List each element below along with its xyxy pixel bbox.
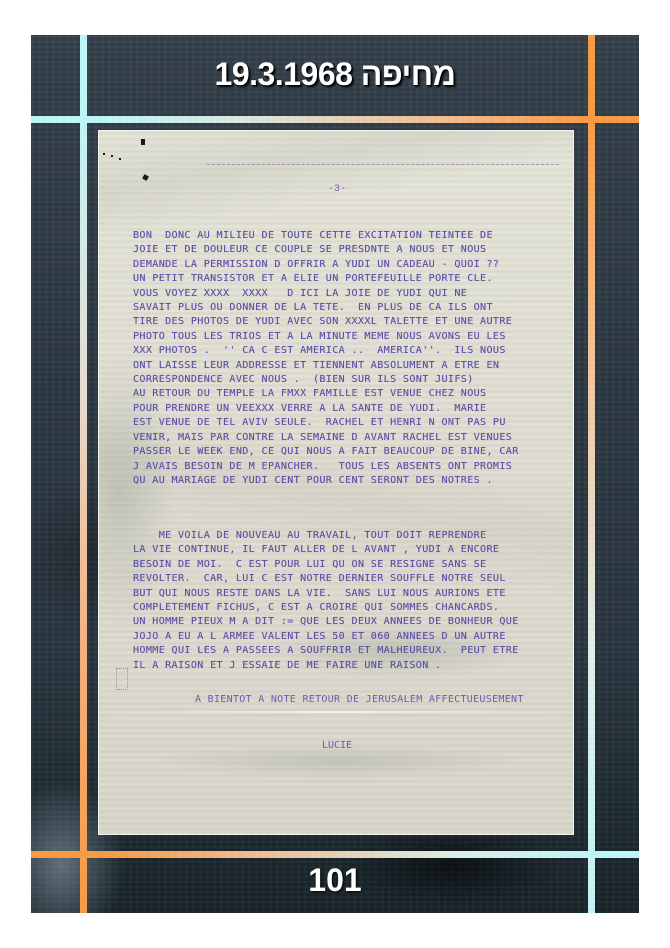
typed-line: ONT LAISSE LEUR ADDRESSE ET TIENNENT ABS… [133,359,573,373]
typed-line: UN HOMME PIEUX M A DIT := QUE LES DEUX A… [133,615,573,629]
typed-line: LA VIE CONTINUE, IL FAUT ALLER DE L AVAN… [133,543,573,557]
frame-line-top [31,116,639,123]
typed-line: VOUS VOYEZ XXXX XXXX D ICI LA JOIE DE YU… [133,287,573,301]
typed-line: REVOLTER. CAR, LUI C EST NOTRE DERNIER S… [133,572,573,586]
typed-line: UN PETIT TRANSISTOR ET A ELIE UN PORTEFE… [133,272,573,286]
typed-line: BUT QUI NOUS RESTE DANS LA VIE. SANS LUI… [133,587,573,601]
typed-line: DEMANDE LA PERMISSION D OFFRIR A YUDI UN… [133,258,573,272]
typed-line: TIRE DES PHOTOS DE YUDI AVEC SON XXXXL T… [133,315,573,329]
typed-line: PHOTO TOUS LES TRIOS ET A LA MINUTE MEME… [133,330,573,344]
dot-mark [111,155,113,157]
frame-line-left [80,35,87,913]
frame-line-right [588,35,595,913]
dot-mark [103,153,105,155]
typed-line: HOMME QUI LES A PASSEES A SOUFFRIR ET MA… [133,644,573,658]
typed-line: J AVAIS BESOIN DE M EPANCHER. TOUS LES A… [133,460,573,474]
scanned-letter: -3- BON DONC AU MILIEU DE TOUTE CETTE EX… [98,130,574,835]
typed-line: AU RETOUR DU TEMPLE LA FMXX FAMILLE EST … [133,387,573,401]
typed-line: ME VOILA DE NOUVEAU AU TRAVAIL, TOUT DOI… [133,529,573,543]
typed-line: XXX PHOTOS . '' CA C EST AMERICA .. AMER… [133,344,573,358]
page-number: 101 [0,862,670,899]
typed-rule-line [207,164,559,166]
page-title: מחיפה 19.3.1968 [0,56,670,93]
letter-closing: A BIENTOT A NOTE RETOUR DE JERUSALEM AFF… [195,694,524,705]
typed-line: QU AU MARIAGE DE YUDI CENT POUR CENT SER… [133,474,573,488]
typed-line: VENIR, MAIS PAR CONTRE LA SEMAINE D AVAN… [133,431,573,445]
paper-fold [99,711,574,713]
typed-line: SAVAIT PLUS OU DONNER DE LA TETE. EN PLU… [133,301,573,315]
typed-line: COMPLETEMENT FICHUS, C EST A CROIRE QUI … [133,601,573,615]
letter-paragraph-2: ME VOILA DE NOUVEAU AU TRAVAIL, TOUT DOI… [133,529,573,673]
typed-line: PASSER LE WEEK END, CE QUI NOUS A FAIT B… [133,445,573,459]
letter-paragraph-1: BON DONC AU MILIEU DE TOUTE CETTE EXCITA… [133,229,573,488]
typed-line: POUR PRENDRE UN VEEXXX VERRE A LA SANTE … [133,402,573,416]
hole-punch-mark [141,139,145,145]
dot-mark [119,158,121,160]
letter-page-marker: -3- [99,184,574,195]
typed-line: CORRESPONDENCE AVEC NOUS . (BIEN SUR ILS… [133,373,573,387]
typed-line: BESOIN DE MOI. C EST POUR LUI QU ON SE R… [133,558,573,572]
frame-line-bottom [31,851,639,858]
typed-line: BON DONC AU MILIEU DE TOUTE CETTE EXCITA… [133,229,573,243]
typed-line: EST VENUE DE TEL AVIV SEULE. RACHEL ET H… [133,416,573,430]
hole-punch-mark [142,174,149,181]
typed-line: JOJO A EU A L ARMEE VALENT LES 50 ET 060… [133,630,573,644]
stamp-mark [116,668,128,690]
typed-line: JOIE ET DE DOULEUR CE COUPLE SE PRESDNTE… [133,243,573,257]
typed-line: IL A RAISON ET J ESSAIE DE ME FAIRE UNE … [133,659,573,673]
letter-signature: LUCIE [99,740,574,751]
